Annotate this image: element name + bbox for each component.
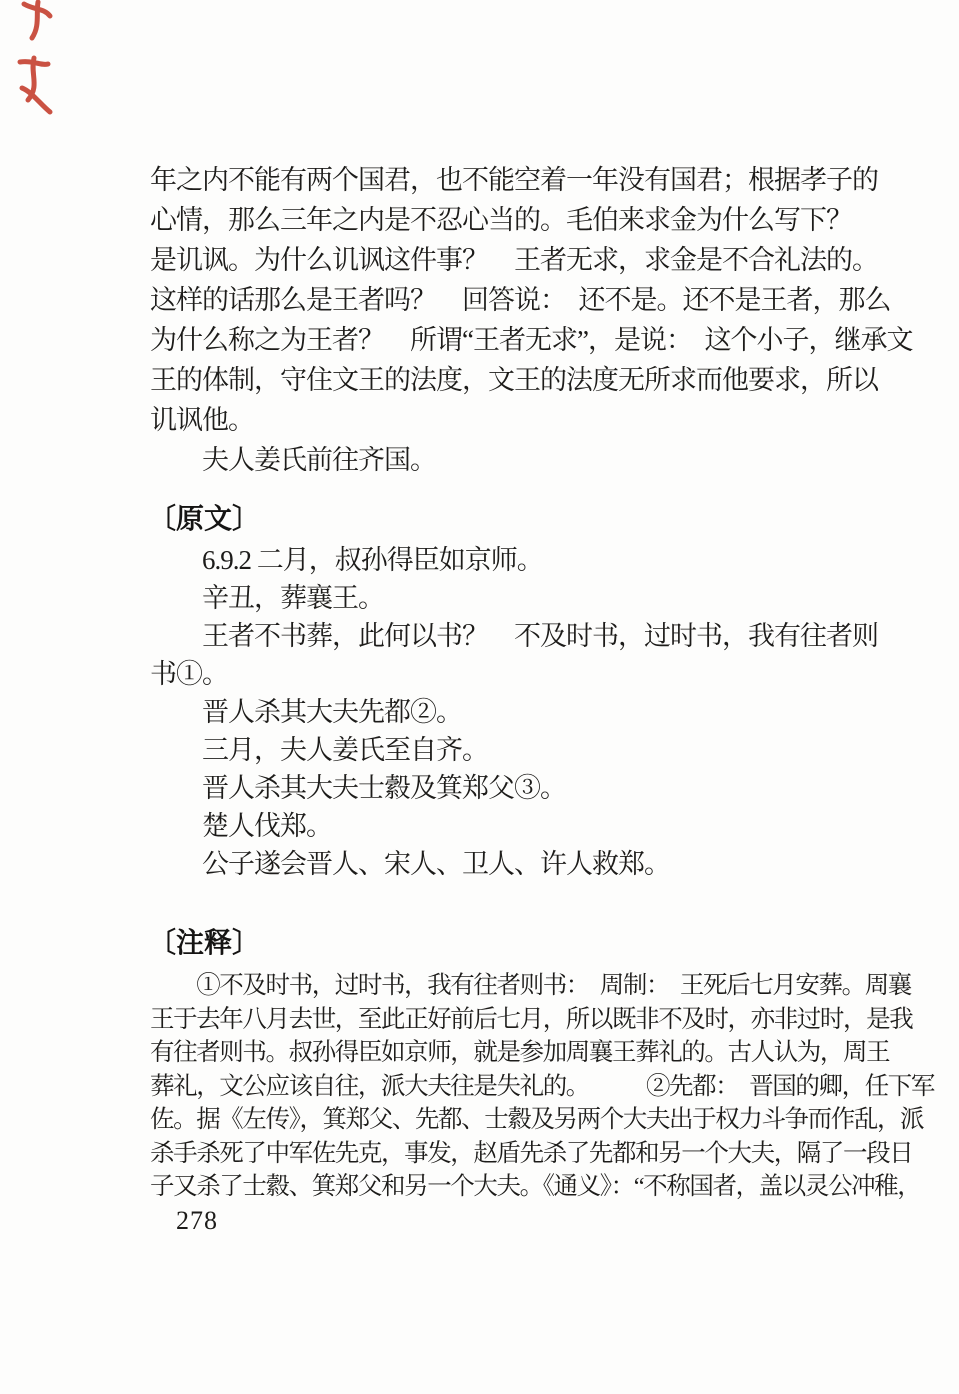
text-line: ①不及时书，过时书，我有往者则书： 周制： 王死后七月安葬。周襄 (150, 969, 934, 1003)
text-line: 王于去年八月去世，至此正好前后七月，所以既非不及时，亦非过时，是我 (150, 1003, 934, 1037)
text-line: 为什么称之为王者？ 所谓“王者无求”，是说： 这个小子，继承文 (150, 320, 912, 360)
scanned-book-page: 年之内不能有两个国君，也不能空着一年没有国君；根据孝子的心情，那么三年之内是不忍… (0, 0, 959, 1394)
text-line: 6.9.2 二月，叔孙得臣如京师。 (150, 541, 878, 579)
text-line: 是讥讽。为什么讥讽这件事？ 王者无求，求金是不合礼法的。 (150, 240, 912, 280)
section-heading-original: 〔原文〕 (148, 503, 260, 535)
text-line: 三月，夫人姜氏至自齐。 (150, 731, 878, 769)
text-line: 书①。 (150, 655, 878, 693)
text-line: 佐。据《左传》，箕郑父、先都、士縠及另两个大夫出于权力斗争而作乱，派 (150, 1103, 934, 1137)
text-line: 年之内不能有两个国君，也不能空着一年没有国君；根据孝子的 (150, 160, 912, 200)
notes-section: ①不及时书，过时书，我有往者则书： 周制： 王死后七月安葬。周襄王于去年八月去世… (150, 969, 934, 1204)
text-line: 葬礼，文公应该自往，派大夫往是失礼的。 ②先都： 晋国的卿，任下军 (150, 1070, 934, 1104)
original-text-section: 6.9.2 二月，叔孙得臣如京师。 辛丑，葬襄王。 王者不书葬，此何以书？ 不及… (150, 541, 878, 883)
page-number: 278 (176, 1206, 218, 1236)
text-line: 辛丑，葬襄王。 (150, 579, 878, 617)
text-line: 夫人姜氏前往齐国。 (150, 440, 912, 480)
text-line: 这样的话那么是王者吗？ 回答说： 还不是。还不是王者，那么 (150, 280, 912, 320)
text-line: 心情，那么三年之内是不忍心当的。毛伯来求金为什么写下？ (150, 200, 912, 240)
text-line: 杀手杀死了中军佐先克，事发，赵盾先杀了先都和另一个大夫，隔了一段日 (150, 1137, 934, 1171)
text-line: 晋人杀其大夫先都②。 (150, 693, 878, 731)
text-line: 公子遂会晋人、宋人、卫人、许人救郑。 (150, 845, 878, 883)
text-line: 王的体制，守住文王的法度，文王的法度无所求而他要求，所以 (150, 360, 912, 400)
red-ink-stroke-icon (10, 0, 58, 124)
text-line: 楚人伐郑。 (150, 807, 878, 845)
text-line: 王者不书葬，此何以书？ 不及时书，过时书，我有往者则 (150, 617, 878, 655)
section-heading-notes: 〔注释〕 (148, 927, 260, 959)
text-line: 讥讽他。 (150, 400, 912, 440)
translation-paragraph: 年之内不能有两个国君，也不能空着一年没有国君；根据孝子的心情，那么三年之内是不忍… (150, 160, 912, 480)
red-ink-mark (10, 0, 58, 124)
text-line: 晋人杀其大夫士縠及箕郑父③。 (150, 769, 878, 807)
text-line: 有往者则书。叔孙得臣如京师，就是参加周襄王葬礼的。古人认为，周王 (150, 1036, 934, 1070)
text-line: 子又杀了士縠、箕郑父和另一个大夫。《通义》：“不称国者，盖以灵公冲稚， (150, 1170, 934, 1204)
